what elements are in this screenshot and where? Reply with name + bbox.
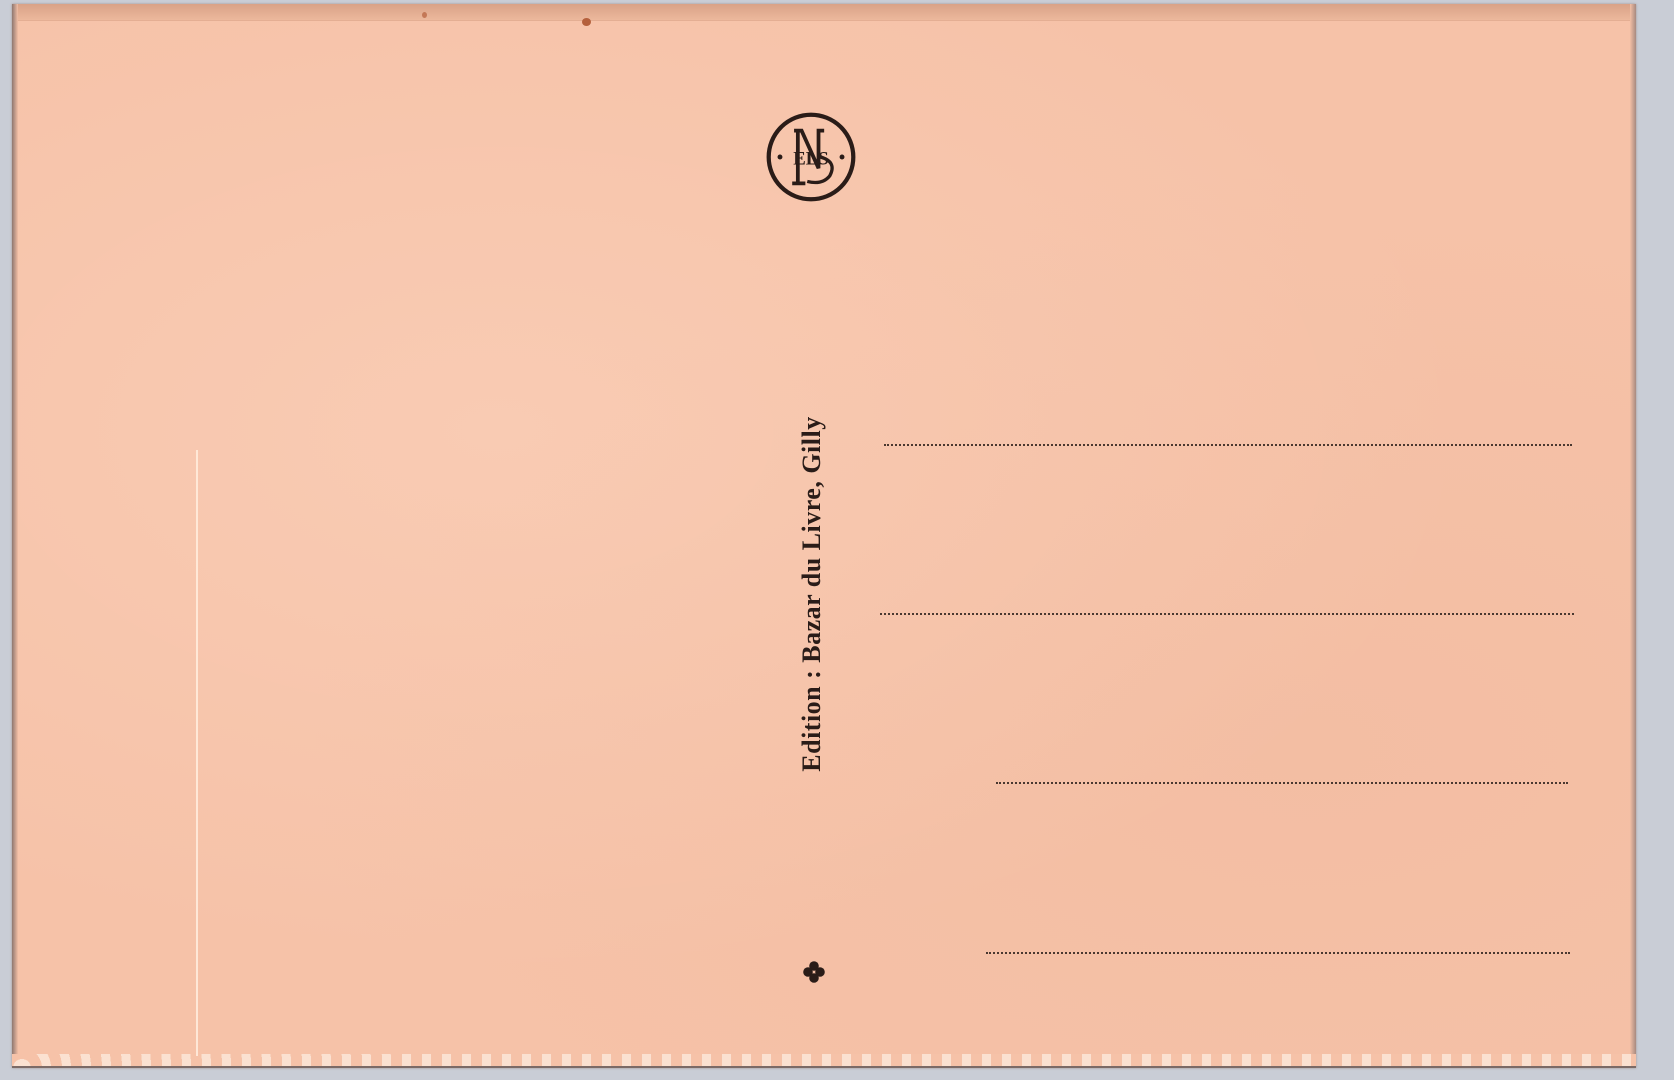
address-line-1	[884, 444, 1572, 446]
address-line-2	[880, 613, 1574, 615]
postcard: ELS Edition : Bazar du Livre, Gilly	[12, 4, 1636, 1068]
stain-spot	[422, 12, 427, 18]
torn-top-edge	[12, 4, 1636, 21]
deckled-right-edge	[1630, 4, 1636, 1068]
address-line-4	[986, 952, 1570, 954]
fold-line	[196, 450, 198, 1056]
publisher-imprint: Edition : Bazar du Livre, Gilly	[797, 416, 827, 771]
trefoil-icon	[802, 960, 826, 984]
nels-monogram-icon: ELS	[764, 110, 858, 204]
deckled-left-edge	[12, 4, 18, 1068]
stain-spot	[582, 18, 591, 26]
deckled-bottom-edge	[12, 1054, 1636, 1068]
address-line-3	[996, 782, 1568, 784]
